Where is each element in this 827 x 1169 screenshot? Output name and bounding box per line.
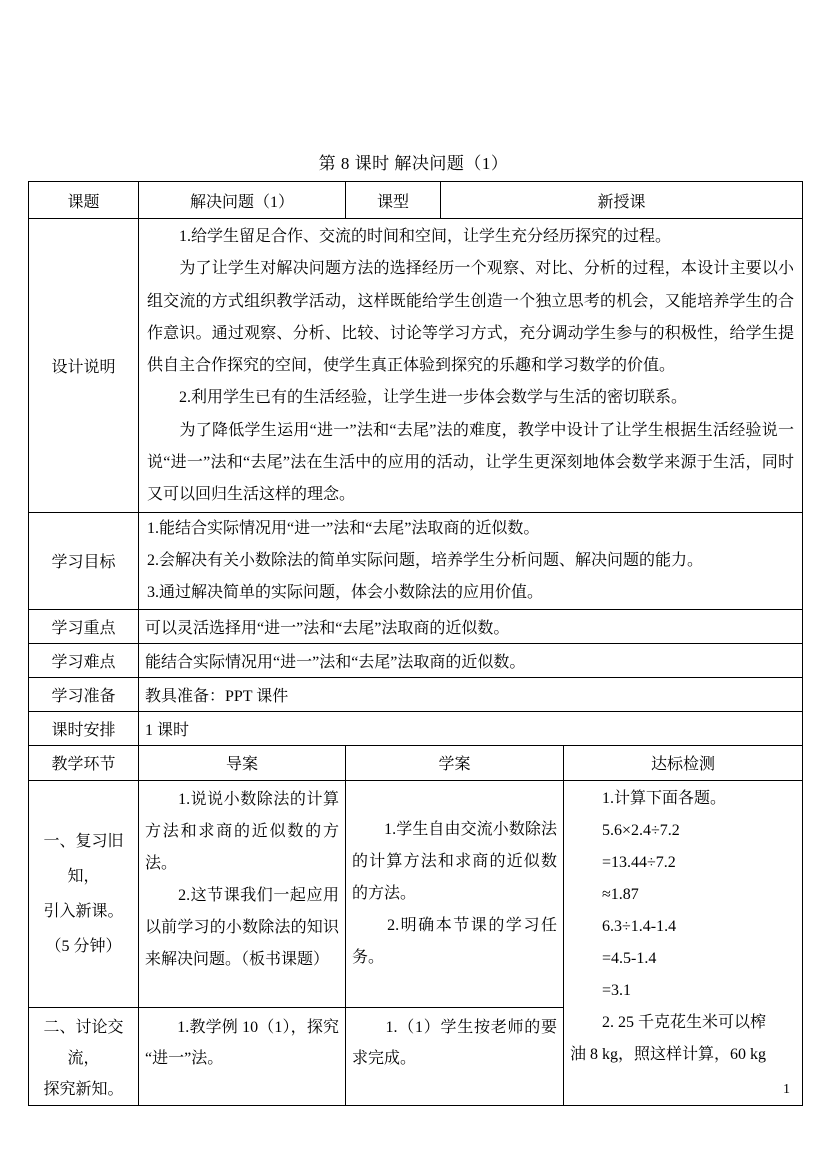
assessment-line: 5.6×2.4÷7.2 <box>570 815 796 847</box>
schedule-value-cell: 1 课时 <box>139 711 803 745</box>
design-paragraph: 为了降低学生运用“进一”法和“去尾”法的难度，教学中设计了让学生根据生活经验说一… <box>147 415 794 512</box>
design-notes-label-cell: 设计说明 <box>29 219 139 513</box>
assessment-line: 油 8 kg，照这样计算，60 kg <box>570 1039 796 1071</box>
key-point-label-cell: 学习重点 <box>29 609 139 643</box>
stage-line: 探究新知。 <box>31 1074 136 1105</box>
stage-header-cell: 教学环节 <box>29 745 139 780</box>
preparation-value-cell: 教具准备：PPT 课件 <box>139 677 803 711</box>
lesson-plan-table: 课题 解决问题（1） 课型 新授课 设计说明 1.给学生留足合作、交流的时间和空… <box>28 181 803 1106</box>
table-row-difficulty: 学习难点 能结合实际情况用“进一”法和“去尾”法取商的近似数。 <box>29 643 803 677</box>
table-row-design-notes: 设计说明 1.给学生留足合作、交流的时间和空间，让学生充分经历探究的过程。 为了… <box>29 219 803 513</box>
section2-teacher-guide-cell: 1.教学例 10（1），探究“进一”法。 <box>139 1007 346 1105</box>
section2-student-plan-cell: 1.（1）学生按老师的要求完成。 <box>346 1007 564 1105</box>
lesson-type-label-cell: 课型 <box>346 182 441 219</box>
objective-item: 2.会解决有关小数除法的简单实际问题，培养学生分析问题、解决问题的能力。 <box>147 545 794 577</box>
teacher-guide-paragraph: 2.这节课我们一起应用以前学习的小数除法的知识来解决问题。（板书课题） <box>145 880 339 976</box>
table-row-objectives: 学习目标 1.能结合实际情况用“进一”法和“去尾”法取商的近似数。 2.会解决有… <box>29 512 803 609</box>
table-row-topic: 课题 解决问题（1） 课型 新授课 <box>29 182 803 219</box>
student-plan-paragraph: 1.（1）学生按老师的要求完成。 <box>352 1012 557 1074</box>
difficulty-label-cell: 学习难点 <box>29 643 139 677</box>
assessment-header-cell: 达标检测 <box>564 745 803 780</box>
teacher-guide-header-cell: 导案 <box>139 745 346 780</box>
assessment-cell: 1.计算下面各题。 5.6×2.4÷7.2 =13.44÷7.2 ≈1.87 6… <box>564 780 803 1105</box>
assessment-line: =3.1 <box>570 975 796 1007</box>
section2-stage-cell: 二、讨论交流， 探究新知。 <box>29 1007 139 1105</box>
student-plan-header-cell: 学案 <box>346 745 564 780</box>
assessment-line: ≈1.87 <box>570 879 796 911</box>
section1-stage-cell: 一、复习旧知， 引入新课。 （5 分钟） <box>29 780 139 1007</box>
student-plan-paragraph: 2.明确本节课的学习任务。 <box>352 910 557 974</box>
table-row-preparation: 学习准备 教具准备：PPT 课件 <box>29 677 803 711</box>
assessment-line: 6.3÷1.4-1.4 <box>570 911 796 943</box>
design-paragraph: 1.给学生留足合作、交流的时间和空间，让学生充分经历探究的过程。 <box>147 221 794 253</box>
topic-value-cell: 解决问题（1） <box>139 182 346 219</box>
key-point-value-cell: 可以灵活选择用“进一”法和“去尾”法取商的近似数。 <box>139 609 803 643</box>
objectives-content-cell: 1.能结合实际情况用“进一”法和“去尾”法取商的近似数。 2.会解决有关小数除法… <box>139 512 803 609</box>
assessment-line: 1.计算下面各题。 <box>570 783 796 815</box>
assessment-line: 2. 25 千克花生米可以榨 <box>570 1007 796 1039</box>
objective-item: 1.能结合实际情况用“进一”法和“去尾”法取商的近似数。 <box>147 513 794 545</box>
teacher-guide-paragraph: 1.说说小数除法的计算方法和求商的近似数的方法。 <box>145 784 339 880</box>
section1-teacher-guide-cell: 1.说说小数除法的计算方法和求商的近似数的方法。 2.这节课我们一起应用以前学习… <box>139 780 346 1007</box>
design-paragraph: 为了让学生对解决问题方法的选择经历一个观察、对比、分析的过程，本设计主要以小组交… <box>147 253 794 382</box>
table-row-key-point: 学习重点 可以灵活选择用“进一”法和“去尾”法取商的近似数。 <box>29 609 803 643</box>
preparation-label-cell: 学习准备 <box>29 677 139 711</box>
stage-line: （5 分钟） <box>31 929 136 964</box>
stage-line: 一、复习旧知， <box>31 824 136 894</box>
design-paragraph: 2.利用学生已有的生活经验，让学生进一步体会数学与生活的密切联系。 <box>147 382 794 414</box>
document-page: { "page": { "title": "第 8 课时 解决问题（1）", "… <box>0 0 827 1169</box>
stage-line: 二、讨论交流， <box>31 1012 136 1074</box>
design-notes-content-cell: 1.给学生留足合作、交流的时间和空间，让学生充分经历探究的过程。 为了让学生对解… <box>139 219 803 513</box>
schedule-label-cell: 课时安排 <box>29 711 139 745</box>
student-plan-paragraph: 1.学生自由交流小数除法的计算方法和求商的近似数的方法。 <box>352 814 557 910</box>
stage-line: 引入新课。 <box>31 894 136 929</box>
section1-student-plan-cell: 1.学生自由交流小数除法的计算方法和求商的近似数的方法。 2.明确本节课的学习任… <box>346 780 564 1007</box>
page-title: 第 8 课时 解决问题（1） <box>0 149 827 174</box>
lesson-type-value-cell: 新授课 <box>441 182 803 219</box>
assessment-line: =13.44÷7.2 <box>570 847 796 879</box>
objective-item: 3.通过解决简单的实际问题，体会小数除法的应用价值。 <box>147 577 794 609</box>
table-row-schedule: 课时安排 1 课时 <box>29 711 803 745</box>
page-number: 1 <box>783 1082 790 1098</box>
objectives-label-cell: 学习目标 <box>29 512 139 609</box>
difficulty-value-cell: 能结合实际情况用“进一”法和“去尾”法取商的近似数。 <box>139 643 803 677</box>
table-row-section1: 一、复习旧知， 引入新课。 （5 分钟） 1.说说小数除法的计算方法和求商的近似… <box>29 780 803 1007</box>
teacher-guide-paragraph: 1.教学例 10（1），探究“进一”法。 <box>145 1012 339 1074</box>
topic-label-cell: 课题 <box>29 182 139 219</box>
assessment-line: =4.5-1.4 <box>570 943 796 975</box>
table-row-stage-header: 教学环节 导案 学案 达标检测 <box>29 745 803 780</box>
